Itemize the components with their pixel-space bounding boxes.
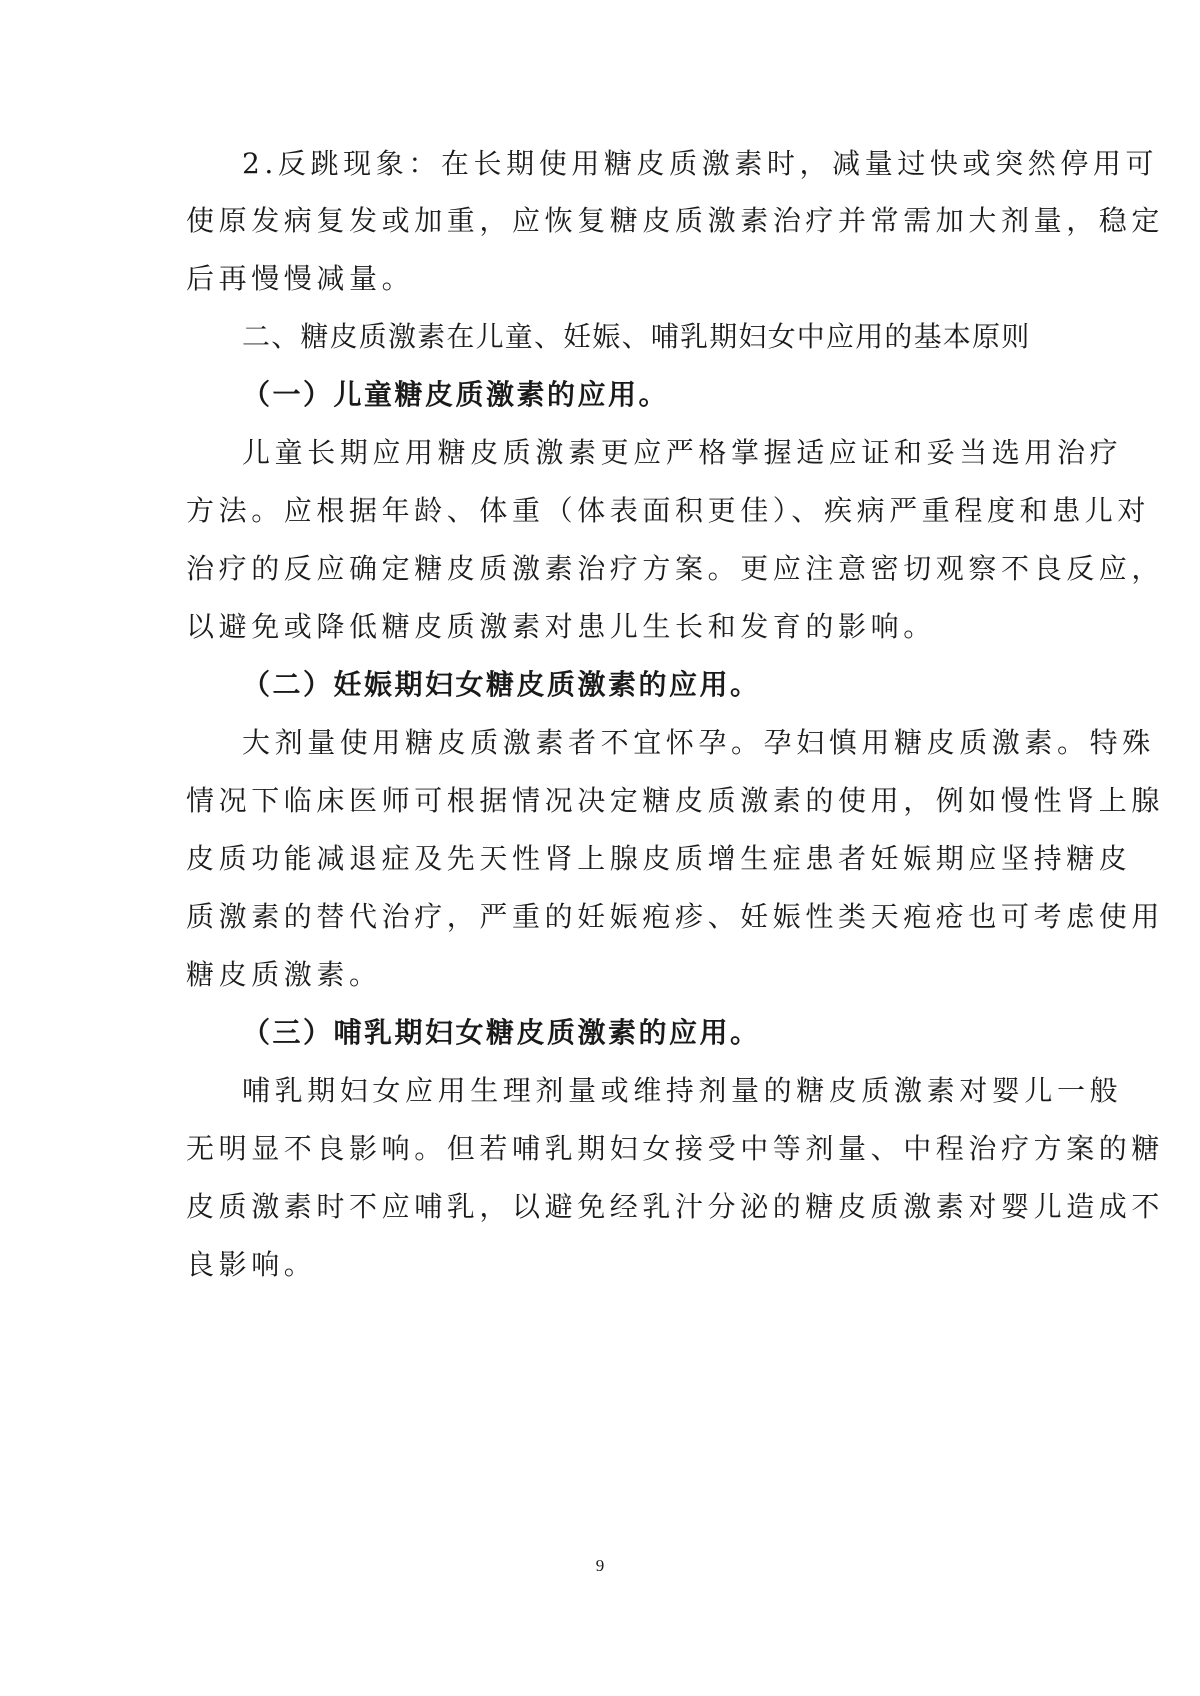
body-text-line: 无明显不良影响。但若哺乳期妇女接受中等剂量、中程治疗方案的糖: [186, 1135, 1026, 1163]
subsection-heading-children: （一）儿童糖皮质激素的应用。: [242, 381, 1082, 409]
body-text-line: 良影响。: [186, 1251, 1026, 1279]
body-text-line: 方法。应根据年龄、体重（体表面积更佳）、疾病严重程度和患儿对: [186, 497, 1026, 525]
body-text-line: 使原发病复发或加重，应恢复糖皮质激素治疗并常需加大剂量，稳定: [186, 207, 1026, 235]
body-text-line: 情况下临床医师可根据情况决定糖皮质激素的使用，例如慢性肾上腺: [186, 787, 1026, 815]
body-text-line: 哺乳期妇女应用生理剂量或维持剂量的糖皮质激素对婴儿一般: [242, 1077, 1082, 1105]
subsection-heading-lactation: （三）哺乳期妇女糖皮质激素的应用。: [242, 1019, 1082, 1047]
page-number: 9: [0, 1556, 1200, 1576]
section-heading: 二、糖皮质激素在儿童、妊娠、哺乳期妇女中应用的基本原则: [242, 323, 1082, 351]
subsection-heading-pregnancy: （二）妊娠期妇女糖皮质激素的应用。: [242, 671, 1082, 699]
document-page: 2.反跳现象：在长期使用糖皮质激素时，减量过快或突然停用可 使原发病复发或加重，…: [0, 0, 1200, 1696]
body-text-line: 2.反跳现象：在长期使用糖皮质激素时，减量过快或突然停用可: [242, 150, 1082, 178]
body-text-line: 治疗的反应确定糖皮质激素治疗方案。更应注意密切观察不良反应，: [186, 555, 1026, 583]
body-text-line: 以避免或降低糖皮质激素对患儿生长和发育的影响。: [186, 613, 1026, 641]
body-text-line: 皮质功能减退症及先天性肾上腺皮质增生症患者妊娠期应坚持糖皮: [186, 845, 1026, 873]
body-text-line: 大剂量使用糖皮质激素者不宜怀孕。孕妇慎用糖皮质激素。特殊: [242, 729, 1082, 757]
body-text-line: 后再慢慢减量。: [186, 265, 1026, 293]
body-text-line: 皮质激素时不应哺乳，以避免经乳汁分泌的糖皮质激素对婴儿造成不: [186, 1193, 1026, 1221]
body-text-line: 糖皮质激素。: [186, 961, 1026, 989]
body-text-line: 质激素的替代治疗，严重的妊娠疱疹、妊娠性类天疱疮也可考虑使用: [186, 903, 1026, 931]
body-text-line: 儿童长期应用糖皮质激素更应严格掌握适应证和妥当选用治疗: [242, 439, 1082, 467]
